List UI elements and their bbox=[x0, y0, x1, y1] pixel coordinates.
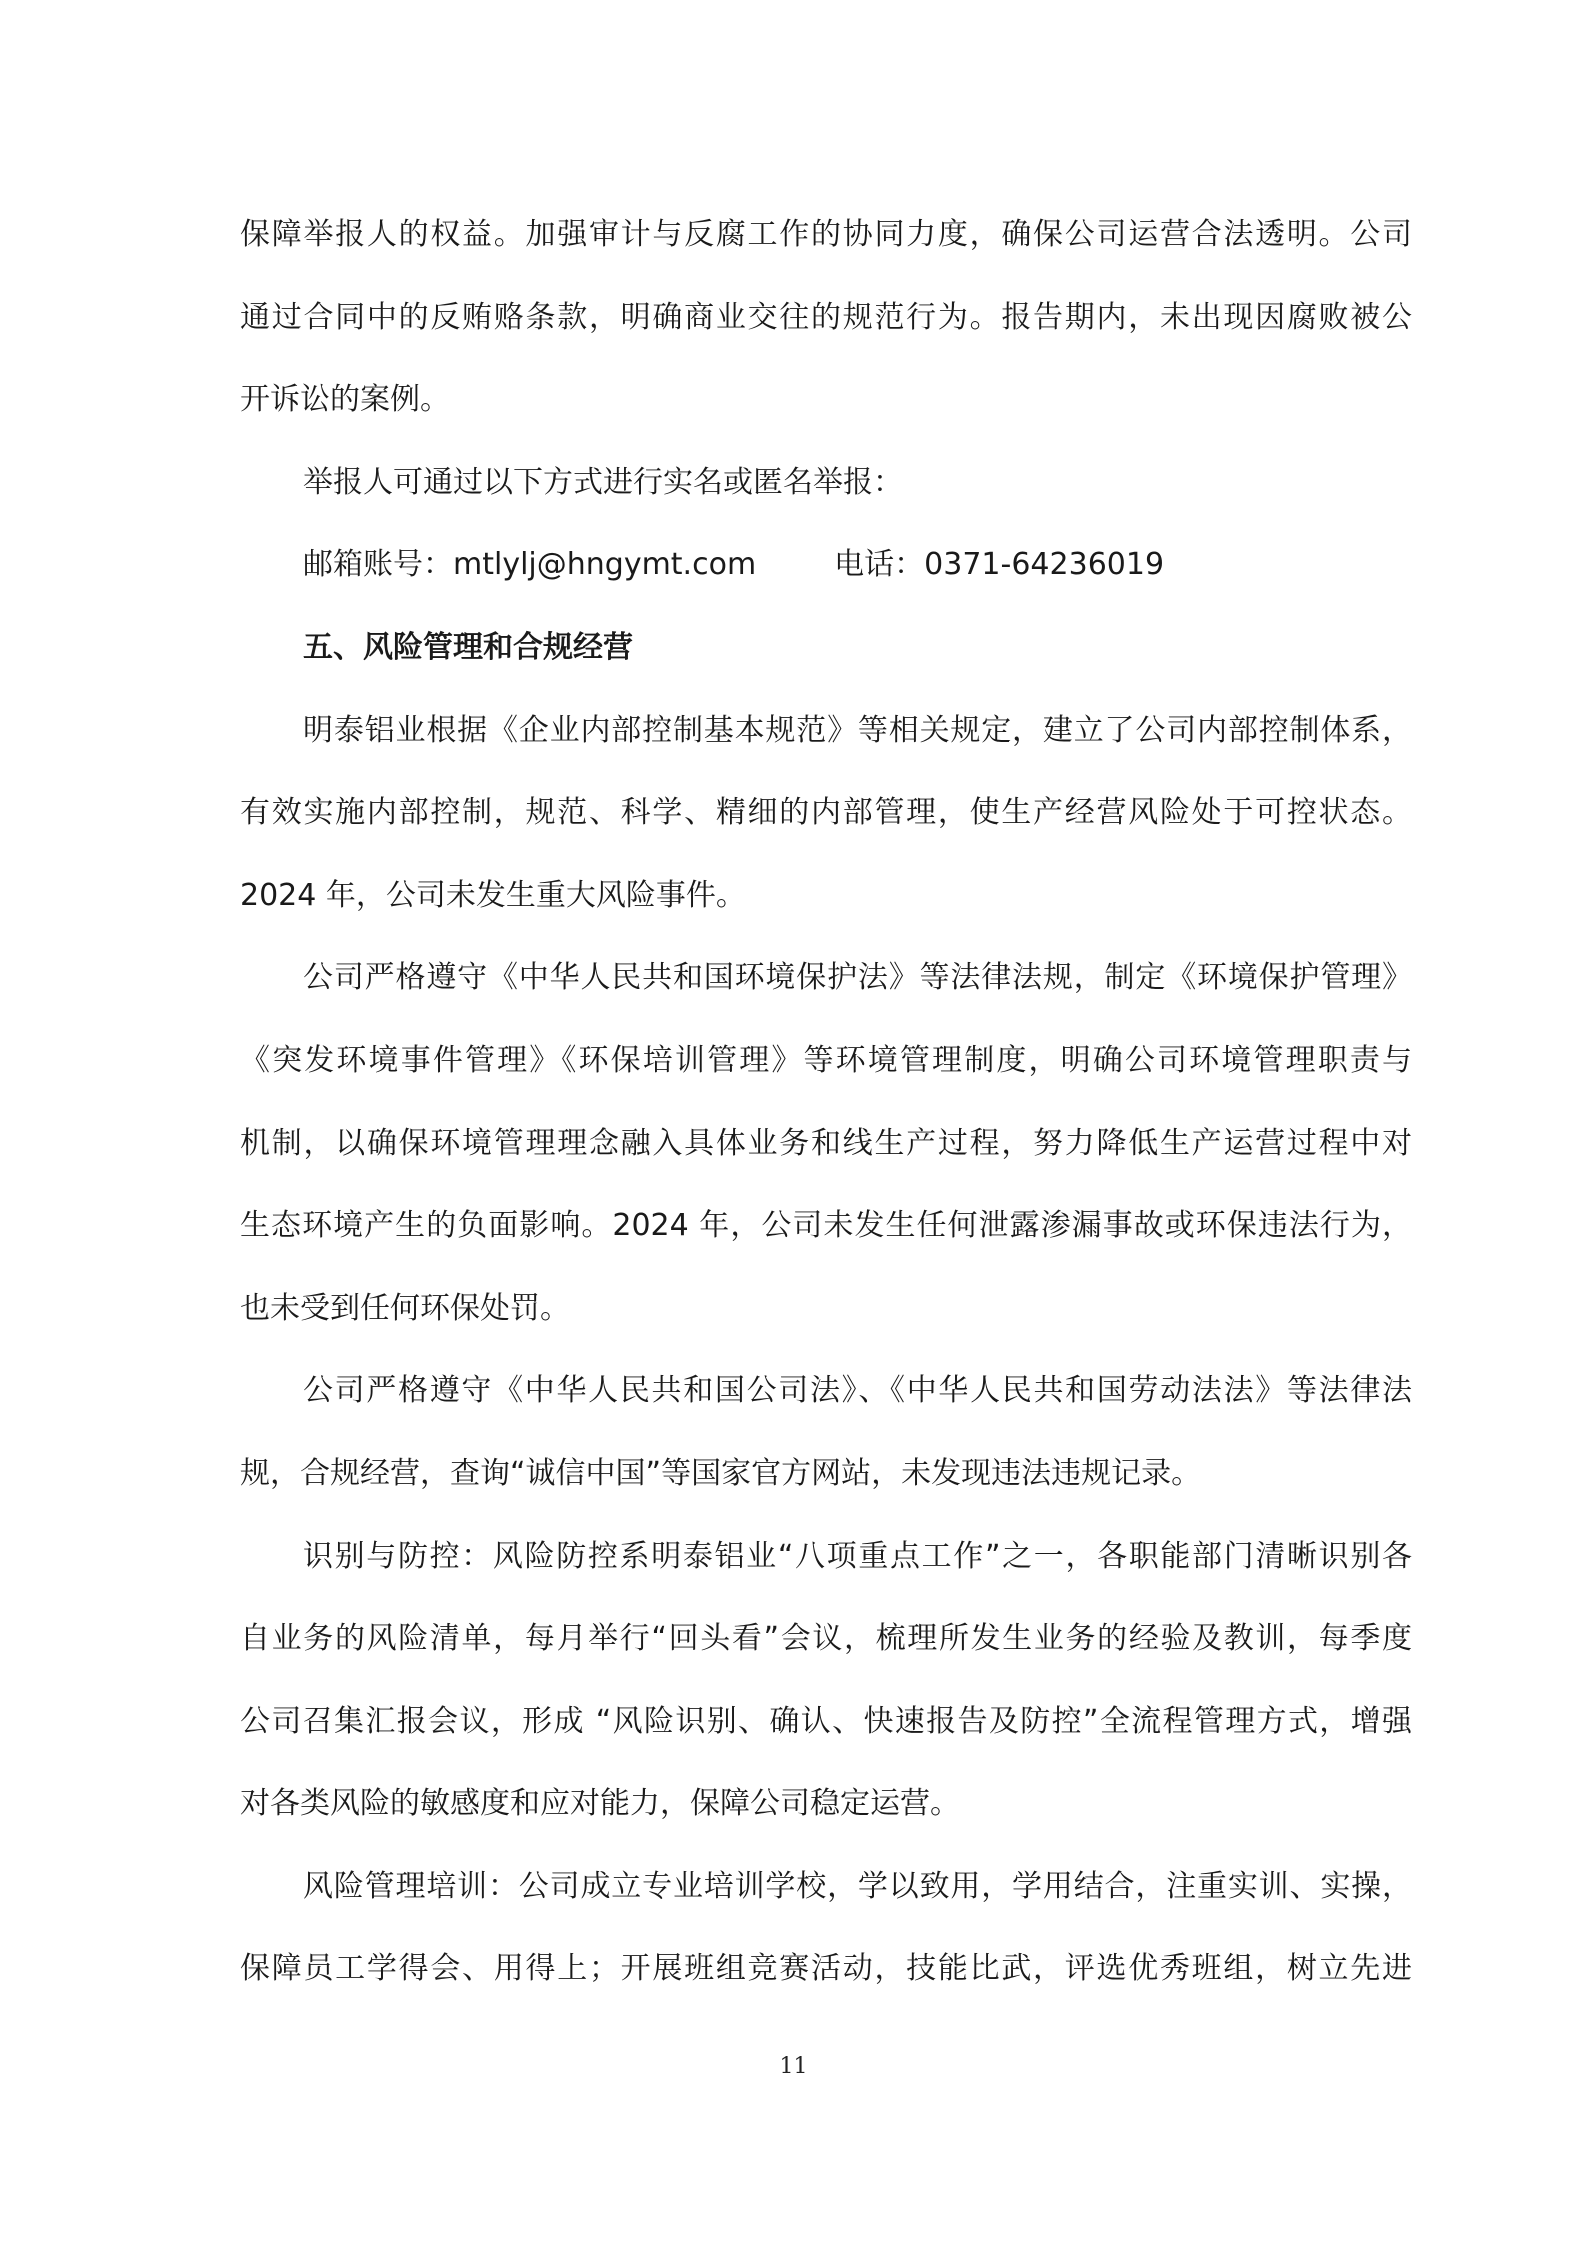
paragraph-internal-control: 明泰铝业根据《企业内部控制基本规范》等相关规定，建立了公司内部控制体系， 有效实… bbox=[240, 690, 1412, 938]
text-line: 开诉讼的案例。 bbox=[240, 359, 1412, 442]
section-heading: 五、风险管理和合规经营 bbox=[240, 607, 1412, 690]
paragraph-risk-training: 风险管理培训：公司成立专业培训学校，学以致用，学用结合，注重实训、实操， 保障员… bbox=[240, 1846, 1412, 2011]
page-number: 11 bbox=[0, 2054, 1587, 2079]
text-line: 举报人可通过以下方式进行实名或匿名举报： bbox=[240, 442, 1412, 525]
text-line: 自业务的风险清单，每月举行“回头看”会议，梳理所发生业务的经验及教训，每季度 bbox=[240, 1598, 1412, 1681]
text-line: 风险管理培训：公司成立专业培训学校，学以致用，学用结合，注重实训、实操， bbox=[240, 1846, 1412, 1929]
text-line: 生态环境产生的负面影响。2024 年，公司未发生任何泄露渗漏事故或环保违法行为， bbox=[240, 1185, 1412, 1268]
email-address[interactable]: mtlylj@hngymt.com bbox=[453, 547, 756, 582]
text-line: 也未受到任何环保处罚。 bbox=[240, 1268, 1412, 1351]
paragraph-anti-corruption: 保障举报人的权益。加强审计与反腐工作的协同力度，确保公司运营合法透明。公司 通过… bbox=[240, 194, 1412, 442]
text-line: 2024 年，公司未发生重大风险事件。 bbox=[240, 855, 1412, 938]
phone-label: 电话： bbox=[834, 547, 924, 582]
text-line: 保障员工学得会、用得上；开展班组竞赛活动，技能比武，评选优秀班组，树立先进 bbox=[240, 1928, 1412, 2011]
document-page: 保障举报人的权益。加强审计与反腐工作的协同力度，确保公司运营合法透明。公司 通过… bbox=[240, 194, 1412, 2011]
text-line: 《突发环境事件管理》《环保培训管理》等环境管理制度，明确公司环境管理职责与 bbox=[240, 1020, 1412, 1103]
text-line: 保障举报人的权益。加强审计与反腐工作的协同力度，确保公司运营合法透明。公司 bbox=[240, 194, 1412, 277]
paragraph-report-methods: 举报人可通过以下方式进行实名或匿名举报： bbox=[240, 442, 1412, 525]
paragraph-legal-compliance: 公司严格遵守《中华人民共和国公司法》、《中华人民共和国劳动法法》等法律法 规，合… bbox=[240, 1350, 1412, 1515]
contact-info: 邮箱账号：mtlylj@hngymt.com电话：0371-64236019 bbox=[240, 524, 1412, 607]
text-line: 公司严格遵守《中华人民共和国公司法》、《中华人民共和国劳动法法》等法律法 bbox=[240, 1350, 1412, 1433]
text-line: 规，合规经营，查询“诚信中国”等国家官方网站，未发现违法违规记录。 bbox=[240, 1433, 1412, 1516]
text-line: 公司严格遵守《中华人民共和国环境保护法》等法律法规，制定《环境保护管理》 bbox=[240, 937, 1412, 1020]
text-line: 公司召集汇报会议，形成 “风险识别、确认、快速报告及防控”全流程管理方式，增强 bbox=[240, 1681, 1412, 1764]
text-line: 机制，以确保环境管理理念融入具体业务和线生产过程，努力降低生产运营过程中对 bbox=[240, 1103, 1412, 1186]
text-line: 识别与防控：风险防控系明泰铝业“八项重点工作”之一，各职能部门清晰识别各 bbox=[240, 1516, 1412, 1599]
text-line: 有效实施内部控制，规范、科学、精细的内部管理，使生产经营风险处于可控状态。 bbox=[240, 772, 1412, 855]
text-line: 明泰铝业根据《企业内部控制基本规范》等相关规定，建立了公司内部控制体系， bbox=[240, 690, 1412, 773]
paragraph-environmental-compliance: 公司严格遵守《中华人民共和国环境保护法》等法律法规，制定《环境保护管理》 《突发… bbox=[240, 937, 1412, 1350]
paragraph-risk-identification: 识别与防控：风险防控系明泰铝业“八项重点工作”之一，各职能部门清晰识别各 自业务… bbox=[240, 1516, 1412, 1846]
phone-number: 0371-64236019 bbox=[924, 547, 1164, 582]
text-line: 对各类风险的敏感度和应对能力，保障公司稳定运营。 bbox=[240, 1763, 1412, 1846]
text-line: 通过合同中的反贿赂条款，明确商业交往的规范行为。报告期内，未出现因腐败被公 bbox=[240, 277, 1412, 360]
email-label: 邮箱账号： bbox=[303, 547, 453, 582]
